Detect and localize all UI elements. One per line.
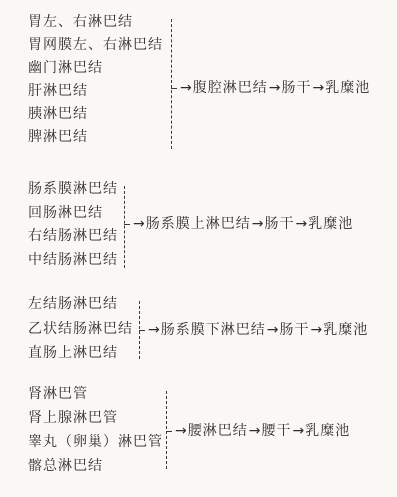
source-item: 中结肠淋巴结 [28, 252, 118, 269]
source-item: 幽门淋巴结 [28, 60, 103, 77]
flow-node: 腰干 [261, 423, 291, 439]
arrow-icon: → [310, 322, 322, 338]
arrow-icon: → [133, 216, 145, 232]
flow-node: 乳糜池 [325, 80, 370, 96]
flow-node: 肠干 [279, 322, 309, 338]
flow-node: 乳糜池 [308, 216, 353, 232]
flow-chain: →肠系膜下淋巴结→肠干→乳糜池 [147, 320, 368, 340]
source-item: 乙状结肠淋巴结 [28, 321, 133, 338]
flow-node: 腰淋巴结 [188, 423, 248, 439]
flow-chain: →腹腔淋巴结→肠干→乳糜池 [179, 78, 370, 98]
arrow-icon: → [292, 423, 304, 439]
flow-node: 肠干 [281, 80, 311, 96]
arrow-icon: → [267, 322, 279, 338]
arrow-icon: → [148, 322, 160, 338]
brace-tip [171, 88, 177, 89]
brace-line [166, 391, 167, 469]
arrow-icon: → [252, 216, 264, 232]
brace-line [124, 186, 125, 268]
source-item: 肝淋巴结 [28, 83, 88, 100]
source-item: 直肠上淋巴结 [28, 345, 118, 362]
arrow-icon: → [180, 80, 192, 96]
source-item: 右结肠淋巴结 [28, 228, 118, 245]
source-item: 肾淋巴管 [28, 386, 88, 403]
brace-tip [139, 330, 145, 331]
source-item: 胃网膜左、右淋巴结 [28, 37, 163, 54]
flow-node: 肠系膜下淋巴结 [161, 322, 266, 338]
brace-tip [166, 431, 172, 432]
source-item: 回肠淋巴结 [28, 205, 103, 222]
arrow-icon: → [175, 423, 187, 439]
arrow-icon: → [269, 80, 281, 96]
brace-line [171, 19, 172, 149]
flow-node: 乳糜池 [305, 423, 350, 439]
source-item: 脾淋巴结 [28, 129, 88, 146]
arrow-icon: → [312, 80, 324, 96]
arrow-icon: → [295, 216, 307, 232]
flow-node: 腹腔淋巴结 [193, 80, 268, 96]
brace-tip [124, 224, 130, 225]
source-item: 睾丸（卵巢）淋巴管 [28, 434, 163, 451]
flow-chain: →肠系膜上淋巴结→肠干→乳糜池 [132, 214, 353, 234]
source-item: 胰淋巴结 [28, 106, 88, 123]
flow-node: 肠系膜上淋巴结 [146, 216, 251, 232]
arrow-icon: → [249, 423, 261, 439]
source-item: 肾上腺淋巴管 [28, 410, 118, 427]
source-item: 左结肠淋巴结 [28, 296, 118, 313]
lymph-drainage-diagram-page: 胃左、右淋巴结胃网膜左、右淋巴结幽门淋巴结肝淋巴结胰淋巴结脾淋巴结→腹腔淋巴结→… [0, 0, 397, 497]
flow-node: 乳糜池 [323, 322, 368, 338]
source-item: 胃左、右淋巴结 [28, 14, 133, 31]
source-item: 肠系膜淋巴结 [28, 181, 118, 198]
flow-chain: →腰淋巴结→腰干→乳糜池 [174, 421, 350, 441]
flow-node: 肠干 [264, 216, 294, 232]
source-item: 髂总淋巴结 [28, 458, 103, 475]
